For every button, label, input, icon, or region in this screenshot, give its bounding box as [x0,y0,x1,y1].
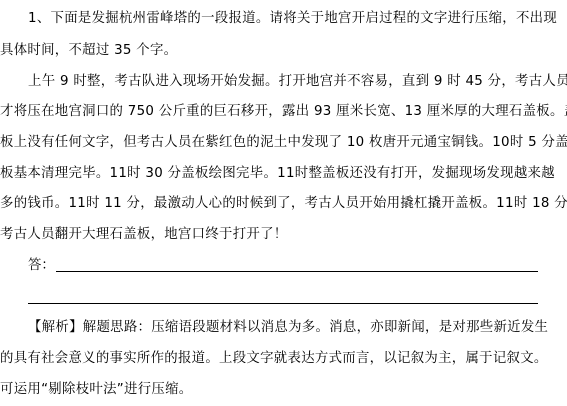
passage-line-4: 板基本清理完毕。11时 30 分盖板绘图完毕。11时整盖板还没有打开，发掘现场发… [0,166,555,182]
question-line-2: 具体时间，不超过 35 个字。 [0,43,177,59]
answer-line-2[interactable] [28,303,538,304]
passage-line-3: 板上没有任何文字，但考古人员在紫红色的泥土中发现了 10 枚唐开元通宝铜钱。10… [0,135,567,151]
passage-line-1: 上午 9 时整，考古队进入现场开始发掘。打开地宫并不容易，直到 9 时 45 分… [28,74,567,90]
passage-line-5: 多的钱币。11时 11 分，最激动人心的时候到了，考古人员开始用撬杠撬开盖板。1… [0,196,567,212]
analysis-line-2: 的具有社会意义的事实所作的报道。上段文字就表达方式而言，以记叙为主，属于记叙文。 [0,351,548,367]
answer-label: 答： [28,258,55,274]
passage-line-6: 考古人员翻开大理石盖板，地宫口终于打开了！ [0,227,288,243]
passage-line-2: 才将压在地宫洞口的 750 公斤重的巨石移开，露出 93 厘米长宽、13 厘米厚… [0,104,567,120]
analysis-line-1: 【解析】解题思路：压缩语段题材料以消息为多。消息，亦即新闻，是对那些新近发生 [28,320,548,336]
question-line-1: 1、下面是发掘杭州雷峰塔的一段报道。请将关于地宫开启过程的文字进行压缩，不出现 [28,11,557,27]
analysis-line-3: 可运用“剔除枝叶法”进行压缩。 [0,382,192,398]
answer-line-1[interactable] [56,271,538,272]
